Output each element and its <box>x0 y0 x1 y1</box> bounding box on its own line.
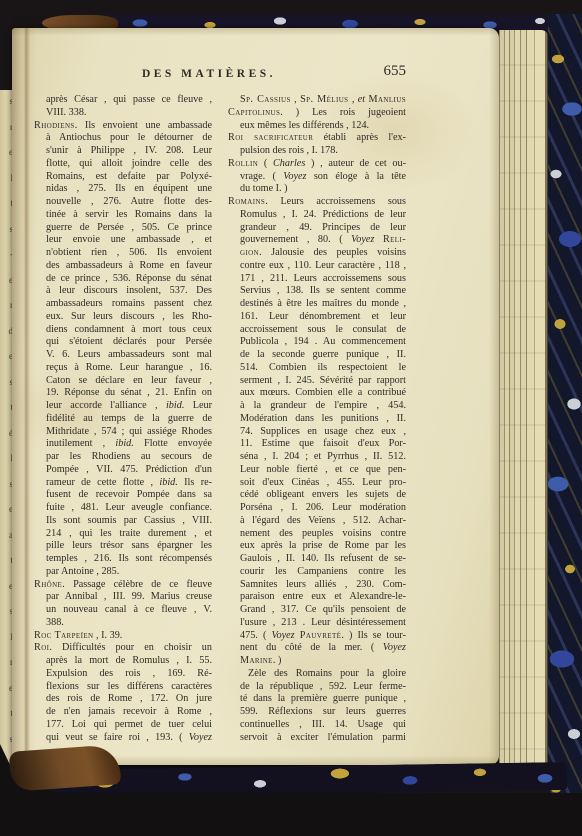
text-line: fuite , 481. Leur aveugle confiance. <box>34 502 212 515</box>
text-line: des rois de Rome , 172. On jure <box>34 693 212 706</box>
text-run: . Ils envoient une ambassade <box>75 120 212 131</box>
text-line: 475. ( Voyez Pauvreté. ) Ils se tour- <box>228 630 406 643</box>
text-run: diens condamnent à mort tous ceux <box>46 324 212 335</box>
small-caps-word: Rhodiens <box>34 120 75 131</box>
text-run: cédé obligeant envers les sujets de <box>240 489 406 500</box>
text-run: Gaulois , II. 140. Ils refusent de se- <box>240 553 406 564</box>
text-run: nouvelle , 276. Autre flotte des- <box>46 196 212 207</box>
text-line: Grand , 317. Ce qu'ils pensoient de <box>228 604 406 617</box>
text-run: de la république , 592. Leur ferme- <box>240 681 406 692</box>
italic-word: ibid. <box>166 400 184 411</box>
leather-binding-bottom-corner <box>9 744 122 792</box>
background-bottom <box>0 793 582 836</box>
text-run: flotte, qui alloit joindre celle des <box>46 158 212 169</box>
text-run: séna , I. 204 ; et Pyrrhus , II. 512. <box>240 451 406 462</box>
small-caps-word: Pauvreté <box>300 630 342 641</box>
text-line: diens condamnent à mort tous ceux <box>34 324 212 337</box>
small-caps-word: Rhône <box>34 579 62 590</box>
italic-word: Voyez <box>271 630 294 641</box>
text-line: de la seconde guerre punique , II. <box>228 349 406 362</box>
text-run: rameur de cette flotte , <box>46 477 159 488</box>
text-line: qui s'étoient déclarés pour Persée <box>34 336 212 349</box>
text-line: 214 , qui les traite durement , et <box>34 528 212 541</box>
text-line: Zèle des Romains pour la gloire <box>228 668 406 681</box>
text-line: l'usure , 213 . Leur désintéressement <box>228 617 406 630</box>
text-line: Romains. Leurs accroissemens sous <box>228 196 406 209</box>
text-run: inutilement , <box>46 438 115 449</box>
text-run: soit d'eux Cinéas , 455. Leur pro- <box>240 477 406 488</box>
text-run: Pompée , VII. 475. Prédiction d'un <box>46 464 212 475</box>
text-line: eux. Sur leurs discours , les Rho- <box>34 311 212 324</box>
text-line: nouvelle , 276. Autre flotte des- <box>34 196 212 209</box>
italic-word: Voyez <box>351 234 374 245</box>
text-line: à Antiochus pour le détourner de <box>34 132 212 145</box>
text-line: pille leurs trésor sans épargner les <box>34 540 212 553</box>
text-line: par Antoine , 285. <box>34 566 212 579</box>
text-line: 19. Réponse du sénat , 21. Enfin on <box>34 387 212 400</box>
text-line: flotte, qui alloit joindre celle des <box>34 158 212 171</box>
text-line: Publicola , 194 . Au commencement <box>228 336 406 349</box>
text-line: rameur de cette flotte , ibid. Ils re- <box>34 477 212 490</box>
text-run: Leur <box>184 400 212 411</box>
small-caps-word: Manlius <box>369 94 407 105</box>
text-run: établi après l'ex- <box>313 132 406 143</box>
text-run: du tome I. ) <box>240 183 288 194</box>
text-line: eux mêmes les différends , 124. <box>228 120 406 133</box>
text-run <box>374 234 383 245</box>
text-line: Roi sacrificateur établi après l'ex- <box>228 132 406 145</box>
text-line: Rollin ( Charles ) , auteur de cet ou- <box>228 158 406 171</box>
text-run: grandeur , 49. Principes de leur <box>240 222 406 233</box>
text-run: Romulus , I. 24. Prédictions de leur <box>240 209 406 220</box>
text-run: des ambassadeurs à Rome en faveur <box>46 260 212 271</box>
text-run: qui s'étoient déclarés pour Persée <box>46 336 212 347</box>
text-run: Samnites leurs alliés , 230. Com- <box>240 579 406 590</box>
text-line: contre eux , 110. Leur caractère , 118 , <box>228 260 406 273</box>
text-line: n'obtient rien , 506. Ils envoient <box>34 247 212 260</box>
text-run: leur envoie une ambassade , et <box>46 234 212 245</box>
text-line: fidélité au temps de la guerre de <box>34 413 212 426</box>
text-run: vrage. ( <box>240 171 283 182</box>
book-page: DES MATIÈRES. 655 après César , qui pass… <box>12 28 499 765</box>
text-run: par Annibal , III. 99. Marius creuse <box>46 591 212 602</box>
text-line: 599. Réflexions sur leurs guerres <box>228 706 406 719</box>
text-line: soit d'eux Cinéas , 455. Leur pro- <box>228 477 406 490</box>
text-run: nidas , 275. Ils en équipent une <box>46 183 212 194</box>
text-line: cédé obligeant envers les sujets de <box>228 489 406 502</box>
text-run: paraison entre eux et Alexandre-le- <box>240 591 406 602</box>
small-caps-word: Reli- <box>383 234 406 245</box>
text-line: Expulsion des rois , 169. Ré- <box>34 668 212 681</box>
text-run: 177. Loi qui permet de tuer celui <box>46 719 212 730</box>
text-line: 11. Estime que faisoit d'eux Por- <box>228 438 406 451</box>
text-run: 388. <box>46 617 64 628</box>
small-caps-word: Capitolinus <box>228 107 280 118</box>
marbled-endpaper-right <box>548 14 582 814</box>
text-run: Grand , 317. Ce qu'ils pensoient de <box>240 604 406 615</box>
text-run: Servius , 138. Ils se sentent comme <box>240 285 406 296</box>
text-run: par Antoine , 285. <box>46 566 119 577</box>
text-line: des ambassadeurs à Rome en faveur <box>34 260 212 273</box>
text-run: fusent de recevoir Pompée dans sa <box>46 489 212 500</box>
text-line: eux après la prise de Rome par les <box>228 540 406 553</box>
text-run: son éloge à la tête <box>306 171 406 182</box>
text-run: 171 , 211. Leurs accroissemens sous <box>240 273 406 284</box>
text-line: Samnites leurs alliés , 230. Com- <box>228 579 406 592</box>
text-line: Pompée , VII. 475. Prédiction d'un <box>34 464 212 477</box>
text-line: destinés à être les maîtres du monde , <box>228 298 406 311</box>
italic-word: Voyez <box>283 171 306 182</box>
text-line: vrage. ( Voyez son éloge à la tête <box>228 171 406 184</box>
text-line: Rhône. Passage célèbre de ce fleuve <box>34 579 212 592</box>
text-line: Ils sont soumis par Cassius , VIII. <box>34 515 212 528</box>
small-caps-word: Roi <box>34 642 49 653</box>
index-column-left: après César , qui passe ce fleuve ,VIII.… <box>34 94 212 744</box>
text-line: 177. Loi qui permet de tuer celui <box>34 719 212 732</box>
text-run: 11. Estime que faisoit d'eux Por- <box>240 438 406 449</box>
text-line: leur envoie une ambassade , et <box>34 234 212 247</box>
text-run: Porséna , I. 206. Leur modération <box>240 502 406 513</box>
text-line: Romains, est defaite par Polyxé- <box>34 171 212 184</box>
text-run: . Jalousie des peuples voisins <box>259 247 406 258</box>
text-run: accroissement sous le consulat de <box>240 324 406 335</box>
small-caps-word: Sp. Mélius <box>300 94 348 105</box>
text-run: de n'en jamais recevoir à Rome , <box>46 706 212 717</box>
text-line: 74. Supplices en usage chez eux , <box>228 426 406 439</box>
text-line: paraison entre eux et Alexandre-le- <box>228 591 406 604</box>
text-line: courir les Campaniens contre les <box>228 566 406 579</box>
text-line: séna , I. 204 ; et Pyrrhus , II. 512. <box>228 451 406 464</box>
text-line: Rhodiens. Ils envoient une ambassade <box>34 120 212 133</box>
text-line: pulsion des rois , I. 178. <box>228 145 406 158</box>
text-line: à la grandeur de l'empire , 454. <box>228 400 406 413</box>
text-line: leur accorde l'alliance , ibid. Leur <box>34 400 212 413</box>
text-line: serment , I. 245. Sévérité par rapport <box>228 375 406 388</box>
text-run: Zèle des Romains pour la gloire <box>248 668 406 679</box>
text-line: Leur noble fierté , et ce que pen- <box>228 464 406 477</box>
text-run: eux après la prise de Rome par les <box>240 540 406 551</box>
text-run: 74. Supplices en usage chez eux , <box>240 426 406 437</box>
text-line: nement des peuples voisins contre <box>228 528 406 541</box>
text-line: guerre de Persée , 505. Ce prince <box>34 222 212 235</box>
text-run: , <box>348 94 357 105</box>
text-line: de ce prince , 536. Réponse du sénat <box>34 273 212 286</box>
text-run: Ils sont soumis par Cassius , VIII. <box>46 515 212 526</box>
text-line: tinée à servir les Romains dans la <box>34 209 212 222</box>
small-caps-word: gion <box>240 247 259 258</box>
text-line: nidas , 275. Ils en équipent une <box>34 183 212 196</box>
text-line: Gaulois , II. 140. Ils refusent de se- <box>228 553 406 566</box>
text-run: Ils re- <box>178 477 212 488</box>
text-line: reçus à Rome. Leur harangue , 16. <box>34 362 212 375</box>
text-line: par les Rhodiens au secours de <box>34 451 212 464</box>
text-line: té dans la première guerre punique , <box>228 693 406 706</box>
text-line: après César , qui passe ce fleuve , <box>34 94 212 107</box>
text-run: serment , I. 245. Sévérité par rapport <box>240 375 406 386</box>
small-caps-word: Rollin <box>228 158 258 169</box>
text-line: Roi. Difficultés pour en choisir un <box>34 642 212 655</box>
text-line: de la république , 592. Leur ferme- <box>228 681 406 694</box>
text-line: qui veut se faire roi , 193. ( Voyez <box>34 732 212 745</box>
text-run: temples , 216. Ils sont récompensés <box>46 553 212 564</box>
text-run: gouvernement , 80. ( <box>240 234 351 245</box>
text-line: 161. Leur dénombrement et leur <box>228 311 406 324</box>
text-run: té dans la première guerre punique , <box>240 693 406 704</box>
text-run: Mithridate , 574 ; qui assiége Rhodes <box>46 426 212 437</box>
text-line: gion. Jalousie des peuples voisins <box>228 247 406 260</box>
text-run: qui veut se faire roi , 193. ( <box>46 732 189 743</box>
text-line: Roc Tarpeïen , I. 39. <box>34 630 212 643</box>
text-run: Romains, est defaite par Polyxé- <box>46 171 212 182</box>
text-run: n'obtient rien , 506. Ils envoient <box>46 247 212 258</box>
text-run: flexions sur les différens caractères <box>46 681 212 692</box>
text-line: Capitolinus. ) Les rois jugeoient <box>228 107 406 120</box>
text-run: reçus à Rome. Leur harangue , 16. <box>46 362 212 373</box>
text-run: . ) <box>273 655 282 666</box>
text-run: de la seconde guerre punique , II. <box>240 349 406 360</box>
text-run: de ce prince , 536. Réponse du sénat <box>46 273 212 284</box>
text-line: 514. Combien ils respectoient le <box>228 362 406 375</box>
text-line: à l'égard des Veïens , 512. Achar- <box>228 515 406 528</box>
book-photo: srelts-erdestélseateslrets DES MATIÈRES.… <box>0 0 582 836</box>
small-caps-word: Roc Tarpeïen <box>34 630 93 641</box>
text-line: de n'en jamais recevoir à Rome , <box>34 706 212 719</box>
printed-text-area: DES MATIÈRES. 655 après César , qui pass… <box>34 58 406 764</box>
italic-word: Voyez <box>383 642 406 653</box>
text-run: un nouveau canal à ce fleuve , V. <box>46 604 212 615</box>
text-run: pulsion des rois , I. 178. <box>240 145 338 156</box>
text-run: par les Rhodiens au secours de <box>46 451 212 462</box>
text-run: Publicola , 194 . Au commencement <box>240 336 406 347</box>
text-run: tinée à servir les Romains dans la <box>46 209 212 220</box>
page-edges-stack <box>499 30 549 778</box>
text-line: un nouveau canal à ce fleuve , V. <box>34 604 212 617</box>
text-run: à la grandeur de l'empire , 454. <box>240 400 406 411</box>
text-line: continuelles , III. 14. Usage qui <box>228 719 406 732</box>
text-run: à l'égard des Veïens , 512. Achar- <box>240 515 406 526</box>
text-run: eux. Sur leurs discours , les Rho- <box>46 311 212 322</box>
text-line: Romulus , I. 24. Prédictions de leur <box>228 209 406 222</box>
text-line: servoit à exciter l'émulation parmi <box>228 732 406 745</box>
text-run: 161. Leur dénombrement et leur <box>240 311 406 322</box>
page-header-title: DES MATIÈRES. <box>34 68 384 80</box>
text-run: eux mêmes les différends , 124. <box>240 120 369 131</box>
text-run: , I. 39. <box>93 630 122 641</box>
text-run: fuite , 481. Leur aveugle confiance. <box>46 502 212 513</box>
text-line: par Annibal , III. 99. Marius creuse <box>34 591 212 604</box>
text-run: fidélité au temps de la guerre de <box>46 413 212 424</box>
small-caps-word: Marine <box>240 655 273 666</box>
text-run: Flotte envoyée <box>134 438 212 449</box>
text-line: flexions sur les différens caractères <box>34 681 212 694</box>
text-run: . Passage célèbre de ce fleuve <box>62 579 212 590</box>
text-run: . ) Ils se tour- <box>341 630 406 641</box>
text-line: V. 6. Leurs ambassadeurs sont mal <box>34 349 212 362</box>
text-run: VIII. 338. <box>46 107 86 118</box>
italic-word: Voyez <box>189 732 212 743</box>
text-run: l'usure , 213 . Leur désintéressement <box>240 617 406 628</box>
text-run: 599. Réflexions sur leurs guerres <box>240 706 406 717</box>
text-run: continuelles , III. 14. Usage qui <box>240 719 406 730</box>
text-line: grandeur , 49. Principes de leur <box>228 222 406 235</box>
text-run: 19. Réponse du sénat , 21. Enfin on <box>46 387 212 398</box>
text-run: destinés à être les maîtres du monde , <box>240 298 406 309</box>
text-run: des rois de Rome , 172. On jure <box>46 693 212 704</box>
text-run: Expulsion des rois , 169. Ré- <box>46 668 212 679</box>
text-run: après César , qui passe ce fleuve , <box>46 94 212 105</box>
small-caps-word: Roi sacrificateur <box>228 132 313 143</box>
small-caps-word: Romains <box>228 196 265 207</box>
text-line: à leur discours insolent, 537. Des <box>34 285 212 298</box>
text-line: fusent de recevoir Pompée dans sa <box>34 489 212 502</box>
text-line: gouvernement , 80. ( Voyez Reli- <box>228 234 406 247</box>
text-run: s'unir à Philippe , IV. 208. Leur <box>46 145 212 156</box>
text-line: aux mœurs. Combien elle a contribué <box>228 387 406 400</box>
text-line: inutilement , ibid. Flotte envoyée <box>34 438 212 451</box>
text-run: aux mœurs. Combien elle a contribué <box>240 387 406 398</box>
text-run: . Difficultés pour en choisir un <box>49 642 212 653</box>
text-run: . Leurs accroissemens sous <box>265 196 406 207</box>
text-run: Modération dans les punitions , II. <box>240 413 406 424</box>
text-run: Leur noble fierté , et ce que pen- <box>240 464 406 475</box>
text-line: Sp. Cassius , Sp. Mélius , et Manlius <box>228 94 406 107</box>
text-line: 171 , 211. Leurs accroissemens sous <box>228 273 406 286</box>
text-line: Modération dans les punitions , II. <box>228 413 406 426</box>
background-top <box>0 0 582 16</box>
text-line: après la mort de Romulus , I. 55. <box>34 655 212 668</box>
text-run: nement des peuples voisins contre <box>240 528 406 539</box>
text-run: leur accorde l'alliance , <box>46 400 166 411</box>
text-line: Servius , 138. Ils se sentent comme <box>228 285 406 298</box>
italic-word: Charles <box>273 158 305 169</box>
text-run: V. 6. Leurs ambassadeurs sont mal <box>46 349 212 360</box>
text-run: après la mort de Romulus , I. 55. <box>46 655 212 666</box>
index-column-right: Sp. Cassius , Sp. Mélius , et ManliusCap… <box>228 94 406 744</box>
text-line: Caton se déclare en leur faveur , <box>34 375 212 388</box>
text-line: s'unir à Philippe , IV. 208. Leur <box>34 145 212 158</box>
text-run: servoit à exciter l'émulation parmi <box>240 732 406 743</box>
text-run: ( <box>258 158 273 169</box>
text-run: 214 , qui les traite durement , et <box>46 528 212 539</box>
text-line: Porséna , I. 206. Leur modération <box>228 502 406 515</box>
text-run: à Antiochus pour le détourner de <box>46 132 212 143</box>
text-run: à leur discours insolent, 537. Des <box>46 285 212 296</box>
page-number: 655 <box>384 63 407 80</box>
text-line: ambassadeurs romains passent chez <box>34 298 212 311</box>
text-run: ambassadeurs romains passent chez <box>46 298 212 309</box>
text-run: nent du côté de la mer. ( <box>240 642 383 653</box>
text-run: pille leurs trésor sans épargner les <box>46 540 212 551</box>
text-line: Marine. ) <box>228 655 406 668</box>
text-line: 388. <box>34 617 212 630</box>
small-caps-word: Sp. Cassius <box>240 94 291 105</box>
text-run: , <box>291 94 300 105</box>
text-run: courir les Campaniens contre les <box>240 566 406 577</box>
text-run: 475. ( <box>240 630 271 641</box>
text-line: temples , 216. Ils sont récompensés <box>34 553 212 566</box>
text-line: nent du côté de la mer. ( Voyez <box>228 642 406 655</box>
text-line: VIII. 338. <box>34 107 212 120</box>
text-line: Mithridate , 574 ; qui assiége Rhodes <box>34 426 212 439</box>
text-run: Caton se déclare en leur faveur , <box>46 375 212 386</box>
text-run: ) , auteur de cet ou- <box>305 158 406 169</box>
text-run: guerre de Persée , 505. Ce prince <box>46 222 212 233</box>
text-run: . ) Les rois jugeoient <box>280 107 406 118</box>
text-run: 514. Combien ils respectoient le <box>240 362 406 373</box>
italic-word: ibid. <box>115 438 133 449</box>
text-line: du tome I. ) <box>228 183 406 196</box>
text-line: accroissement sous le consulat de <box>228 324 406 337</box>
text-run: contre eux , 110. Leur caractère , 118 , <box>240 260 406 271</box>
italic-word: ibid. <box>159 477 177 488</box>
